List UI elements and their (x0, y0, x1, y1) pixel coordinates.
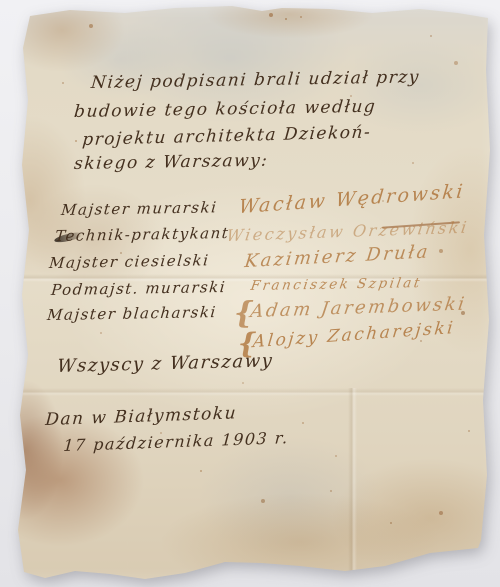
vertical-fold-crease (348, 388, 357, 583)
role-majster-murarski: Majster murarski (60, 198, 218, 219)
signature-kazimierz-drula: Kazimierz Druła (243, 241, 431, 272)
intro-line-4: skiego z Warszawy: (73, 151, 269, 174)
signature-alojzy-zacharejski: Alojzy Zacharejski (252, 318, 456, 352)
place-line: Dan w Białymstoku (45, 403, 238, 430)
intro-line-1: Niżej podpisani brali udział przy (90, 67, 420, 93)
signature-adam-jarembowski: Adam Jarembowski (249, 293, 468, 322)
signature-orzewinski: Wieczysław Orzewiński (225, 218, 470, 246)
role-technik-praktykant: Technik-praktykant (54, 224, 230, 245)
intro-line-2: budowie tego kościoła według (73, 97, 377, 122)
horizontal-fold-crease-lower (0, 388, 500, 396)
role-majster-ciesielski: Majster ciesielski (48, 251, 210, 272)
signature-waclaw-wedrowski: Wacław Wędrowski (238, 180, 466, 218)
signature-franciszek-szpilat: Franciszek Szpilat (249, 275, 423, 294)
role-podmajstr-murarski: Podmajst. murarski (50, 278, 227, 299)
role-majster-blacharski: Majster blacharski (46, 303, 217, 324)
paper-sheet: Niżej podpisani brali udział przy budowi… (0, 0, 500, 587)
paper-stain-speckles (0, 0, 2, 2)
photo-of-handwritten-document: Niżej podpisani brali udział przy budowi… (0, 0, 500, 587)
intro-line-3: projektu architekta Dziekoń- (81, 122, 372, 150)
date-line: 17 października 1903 r. (63, 428, 290, 455)
paper-shadow: Niżej podpisani brali udział przy budowi… (0, 0, 500, 587)
origin-line: Wszyscy z Warszawy (56, 350, 274, 377)
